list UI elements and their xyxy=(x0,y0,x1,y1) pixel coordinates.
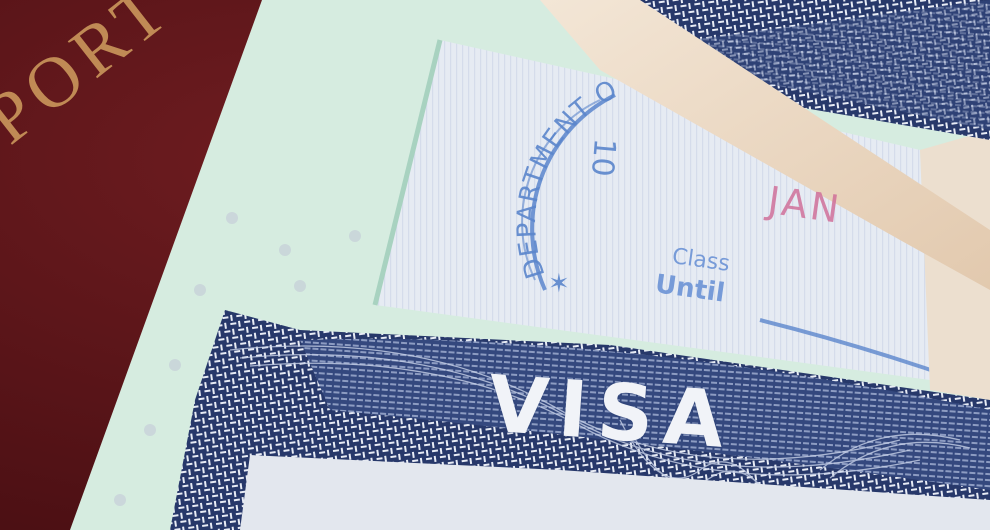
stamp-text-layer: DEPARTMENT OF xyxy=(0,0,990,530)
stamp-number: 10 xyxy=(584,137,622,178)
visa-label: VISA xyxy=(485,360,737,467)
stamp-arc-text: DEPARTMENT OF xyxy=(0,0,623,282)
passport-photo: ✶ PORT DEPARTMENT OF 10 JAN Class Until … xyxy=(0,0,990,530)
